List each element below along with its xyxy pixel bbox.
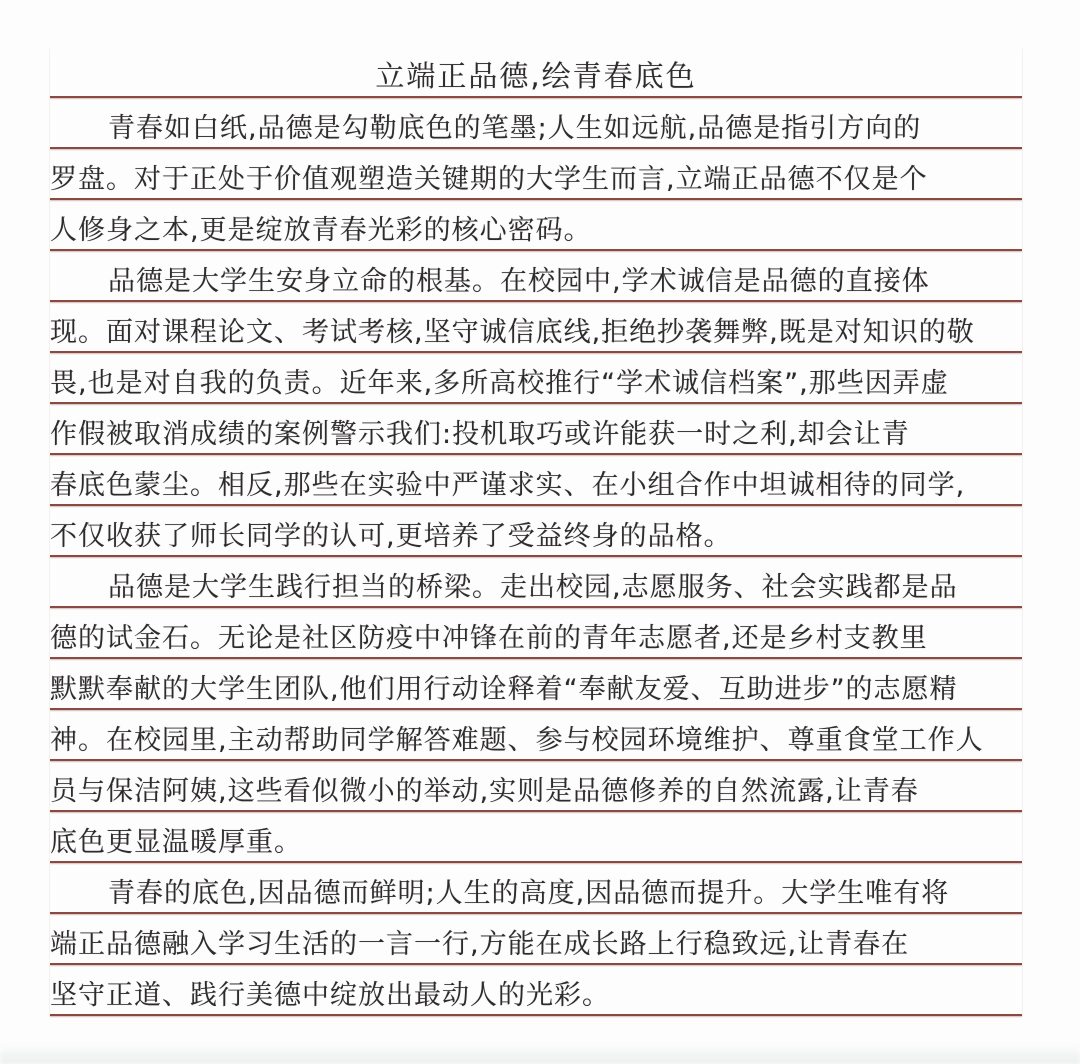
handwritten-line: 现。面对课程论文、考试考核,坚守诚信底线,拒绝抄袭舞弊,既是对知识的敬 [50,302,1022,353]
handwritten-text: 员与保洁阿姨,这些看似微小的举动,实则是品德修养的自然流露,让青春 [50,778,919,805]
handwritten-line: 作假被取消成绩的案例警示我们:投机取巧或许能获一时之利,却会让青 [50,404,1022,455]
ruled-sheet: 立端正品德,绘青春底色 青春如白纸,品德是勾勒底色的笔墨;人生如远航,品德是指引… [50,47,1022,1016]
handwritten-line: 坚守正道、践行美德中绽放出最动人的光彩。 [50,965,1022,1016]
notebook-page: 立端正品德,绘青春底色 青春如白纸,品德是勾勒底色的笔墨;人生如远航,品德是指引… [0,0,1080,1064]
handwritten-text: 品德是大学生安身立命的根基。在校园中,学术诚信是品德的直接体 [50,268,930,295]
handwritten-line: 德的试金石。无论是社区防疫中冲锋在前的青年志愿者,还是乡村支教里 [50,608,1022,659]
handwritten-line: 青春的底色,因品德而鲜明;人生的高度,因品德而提升。大学生唯有将 [50,863,1022,914]
essay-lines: 青春如白纸,品德是勾勒底色的笔墨;人生如远航,品德是指引方向的罗盘。对于正处于价… [50,98,1022,1016]
handwritten-line: 底色更显温暖厚重。 [50,812,1022,863]
handwritten-text: 畏,也是对自我的负责。近年来,多所高校推行“学术诚信档案”,那些因弄虚 [50,370,949,397]
essay-title-row: 立端正品德,绘青春底色 [50,47,1022,98]
handwritten-text: 坚守正道、践行美德中绽放出最动人的光彩。 [50,982,610,1009]
handwritten-line: 品德是大学生安身立命的根基。在校园中,学术诚信是品德的直接体 [50,251,1022,302]
handwritten-line: 人修身之本,更是绽放青春光彩的核心密码。 [50,200,1022,251]
handwritten-line: 品德是大学生践行担当的桥梁。走出校园,志愿服务、社会实践都是品 [50,557,1022,608]
handwritten-text: 春底色蒙尘。相反,那些在实验中严谨求实、在小组合作中坦诚相待的同学, [50,472,965,499]
handwritten-line: 畏,也是对自我的负责。近年来,多所高校推行“学术诚信档案”,那些因弄虚 [50,353,1022,404]
handwritten-line: 不仅收获了师长同学的认可,更培养了受益终身的品格。 [50,506,1022,557]
handwritten-text: 德的试金石。无论是社区防疫中冲锋在前的青年志愿者,还是乡村支教里 [50,625,928,652]
handwritten-line: 员与保洁阿姨,这些看似微小的举动,实则是品德修养的自然流露,让青春 [50,761,1022,812]
handwritten-text: 现。面对课程论文、考试考核,坚守诚信底线,拒绝抄袭舞弊,既是对知识的敬 [50,319,975,346]
handwritten-text: 品德是大学生践行担当的桥梁。走出校园,志愿服务、社会实践都是品 [50,574,958,601]
handwritten-line: 青春如白纸,品德是勾勒底色的笔墨;人生如远航,品德是指引方向的 [50,98,1022,149]
handwritten-line: 春底色蒙尘。相反,那些在实验中严谨求实、在小组合作中坦诚相待的同学, [50,455,1022,506]
handwritten-text: 罗盘。对于正处于价值观塑造关键期的大学生而言,立端正品德不仅是个 [50,166,928,193]
handwritten-text: 人修身之本,更是绽放青春光彩的核心密码。 [50,217,592,244]
handwritten-text: 青春的底色,因品德而鲜明;人生的高度,因品德而提升。大学生唯有将 [50,880,949,907]
photo-blur-artifact [0,1044,1080,1064]
handwritten-text: 底色更显温暖厚重。 [50,829,302,856]
handwritten-text: 默默奉献的大学生团队,他们用行动诠释着“奉献友爱、互助进步”的志愿精 [50,676,958,703]
handwritten-text: 青春如白纸,品德是勾勒底色的笔墨;人生如远航,品德是指引方向的 [50,115,921,142]
essay-title: 立端正品德,绘青春底色 [375,62,696,91]
handwritten-line: 罗盘。对于正处于价值观塑造关键期的大学生而言,立端正品德不仅是个 [50,149,1022,200]
handwritten-text: 神。在校园里,主动帮助同学解答难题、参与校园环境维护、尊重食堂工作人 [50,727,984,754]
handwritten-text: 作假被取消成绩的案例警示我们:投机取巧或许能获一时之利,却会让青 [50,421,910,448]
handwritten-line: 端正品德融入学习生活的一言一行,方能在成长路上行稳致远,让青春在 [50,914,1022,965]
handwritten-text: 端正品德融入学习生活的一言一行,方能在成长路上行稳致远,让青春在 [50,931,909,958]
handwritten-line: 神。在校园里,主动帮助同学解答难题、参与校园环境维护、尊重食堂工作人 [50,710,1022,761]
handwritten-line: 默默奉献的大学生团队,他们用行动诠释着“奉献友爱、互助进步”的志愿精 [50,659,1022,710]
handwritten-text: 不仅收获了师长同学的认可,更培养了受益终身的品格。 [50,523,732,550]
